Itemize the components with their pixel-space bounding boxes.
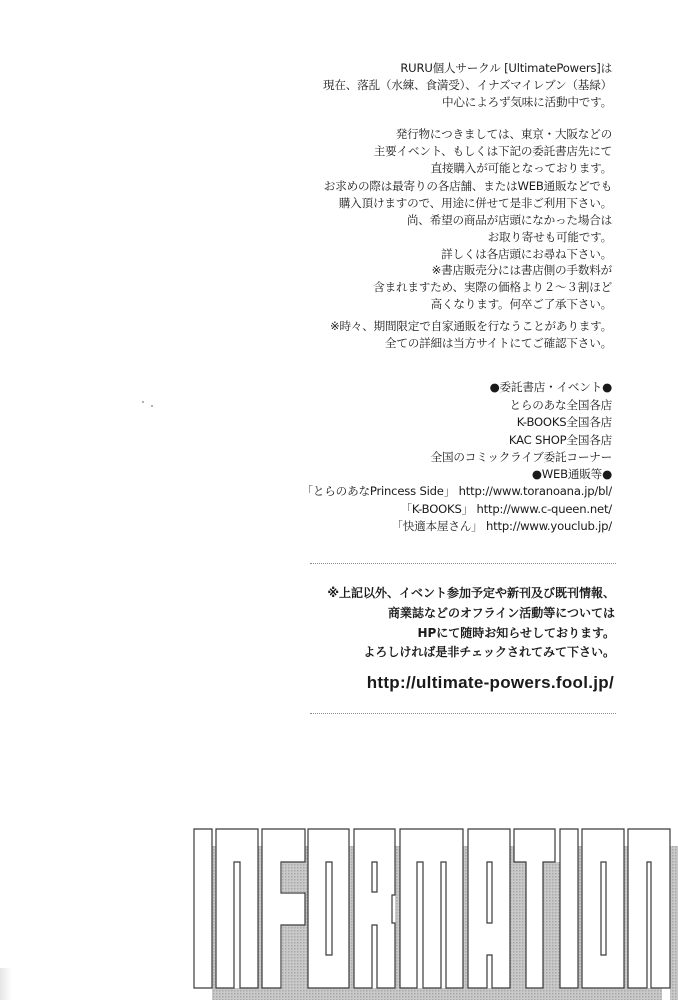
title-letters (194, 829, 670, 988)
letter-m (400, 829, 463, 988)
letter-o (582, 829, 624, 988)
letter-n (216, 829, 258, 988)
letter-i (194, 829, 212, 988)
letter-o (308, 829, 349, 988)
letter-a (468, 829, 510, 988)
letter-n (628, 829, 670, 988)
letter-i (560, 829, 578, 988)
information-title-art: INFORMATION (0, 0, 678, 1000)
letter-r (354, 829, 395, 988)
